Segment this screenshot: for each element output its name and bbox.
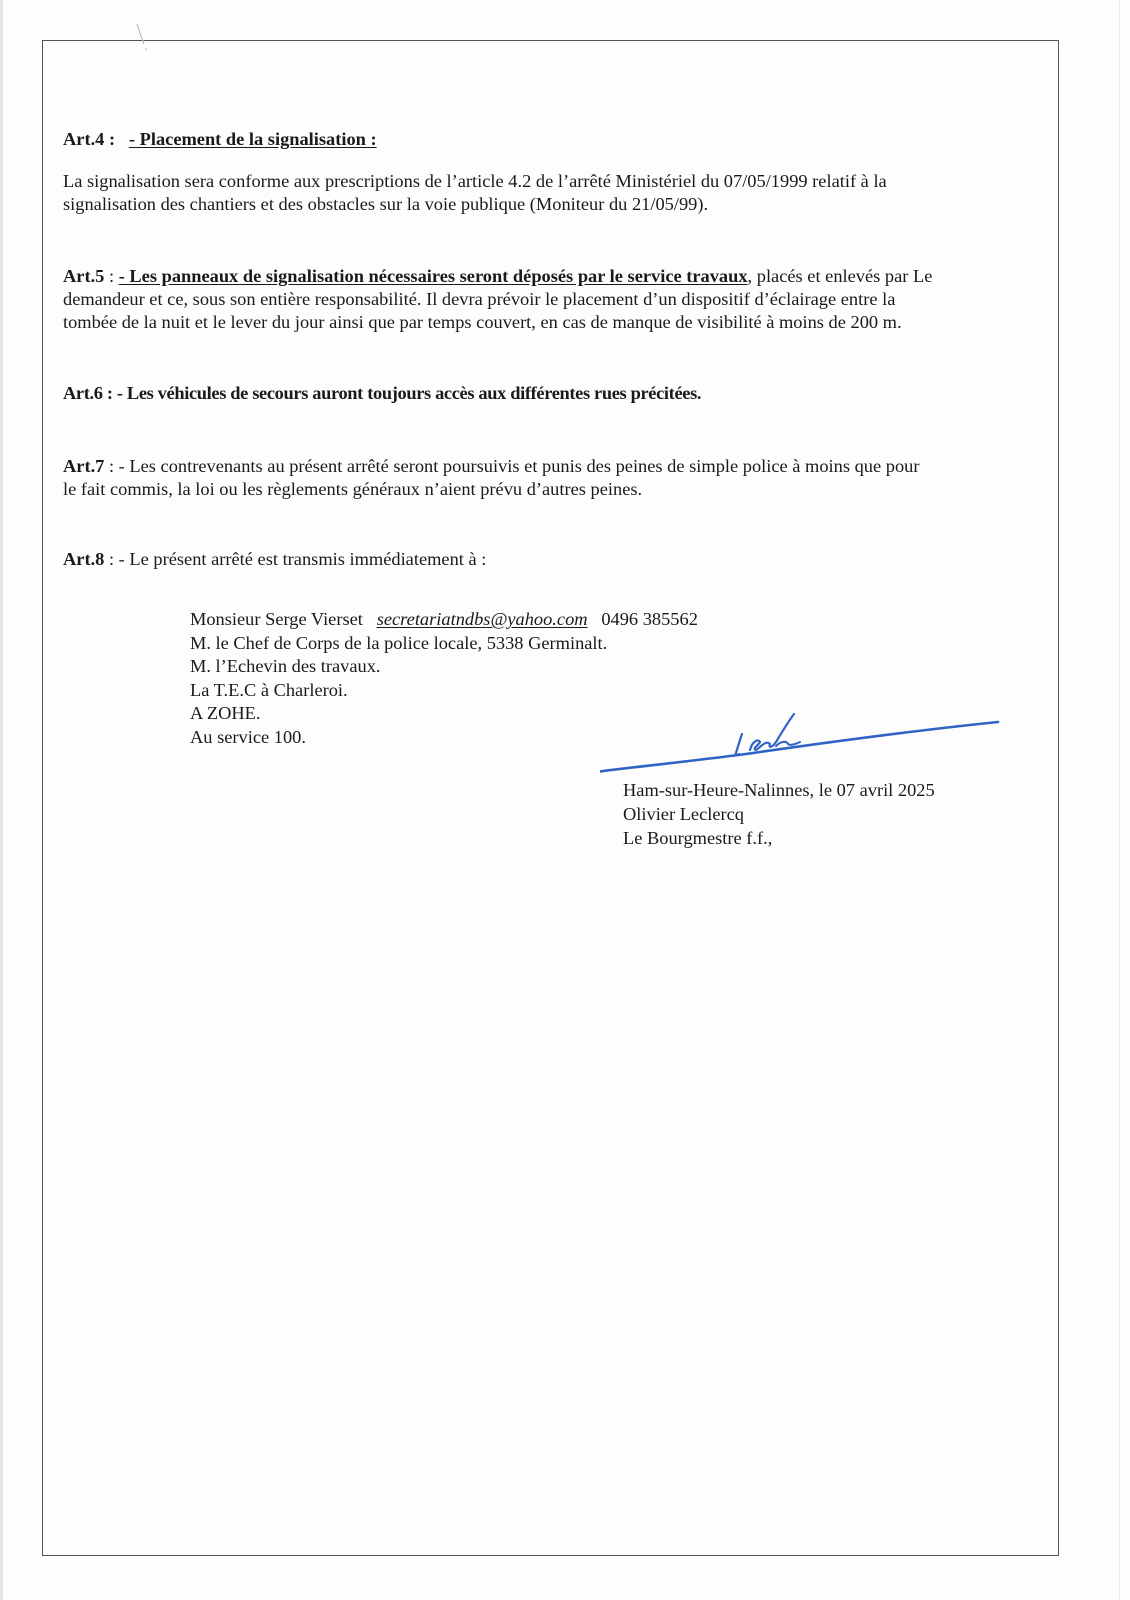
recipient-phone: 0496 385562 (601, 609, 698, 629)
paragraph-text: : - Le présent arrêté est transmis imméd… (104, 549, 486, 569)
recipient-email-link[interactable]: secretariatndbs@yahoo.com (377, 609, 588, 629)
article-heading: - Placement de la signalisation : (129, 129, 377, 149)
paragraph-line: Art.7 : - Les contrevenants au présent a… (63, 455, 919, 478)
scan-edge (0, 0, 3, 1600)
recipient-item: M. l’Echevin des travaux. (190, 655, 698, 679)
signature-block: Ham-sur-Heure-Nalinnes, le 07 avril 2025… (623, 778, 935, 850)
article-5: Art.5 : - Les panneaux de signalisation … (63, 265, 932, 334)
recipient-item: M. le Chef de Corps de la police locale,… (190, 632, 698, 656)
staple-mark-icon (135, 22, 149, 58)
signatory-name: Olivier Leclercq (623, 802, 935, 826)
article-label: Art.8 (63, 549, 104, 569)
recipient-item: Monsieur Serge Vierset secretariatndbs@y… (190, 608, 698, 632)
place-date: Ham-sur-Heure-Nalinnes, le 07 avril 2025 (623, 778, 935, 802)
handwritten-signature-icon (600, 700, 1000, 790)
paragraph-line: le fait commis, la loi ou les règlements… (63, 478, 919, 501)
article-4-body: La signalisation sera conforme aux presc… (63, 170, 887, 216)
article-label: Art.4 : (63, 129, 115, 149)
recipient-item: La T.E.C à Charleroi. (190, 679, 698, 703)
article-label: Art.5 (63, 266, 104, 286)
article-emphasis: - Les panneaux de signalisation nécessai… (119, 266, 748, 286)
paragraph-line: tombée de la nuit et le lever du jour ai… (63, 311, 932, 334)
paragraph-line: demandeur et ce, sous son entière respon… (63, 288, 932, 311)
article-6: Art.6 : - Les véhicules de secours auron… (63, 382, 701, 405)
article-8: Art.8 : - Le présent arrêté est transmis… (63, 548, 486, 571)
paragraph-text: , placés et enlevés par Le (748, 266, 933, 286)
paragraph-line: Art.5 : - Les panneaux de signalisation … (63, 265, 932, 288)
article-7: Art.7 : - Les contrevenants au présent a… (63, 455, 919, 501)
paragraph-line: La signalisation sera conforme aux presc… (63, 170, 887, 193)
paragraph-text: : - Les contrevenants au présent arrêté … (104, 456, 919, 476)
signatory-title: Le Bourgmestre f.f., (623, 826, 935, 850)
separator: : (104, 266, 118, 286)
article-label: Art.7 (63, 456, 104, 476)
article-4-heading: Art.4 : - Placement de la signalisation … (63, 128, 377, 151)
scan-edge (1119, 0, 1120, 1600)
paragraph-line: signalisation des chantiers et des obsta… (63, 193, 887, 216)
recipient-name: Monsieur Serge Vierset (190, 609, 363, 629)
